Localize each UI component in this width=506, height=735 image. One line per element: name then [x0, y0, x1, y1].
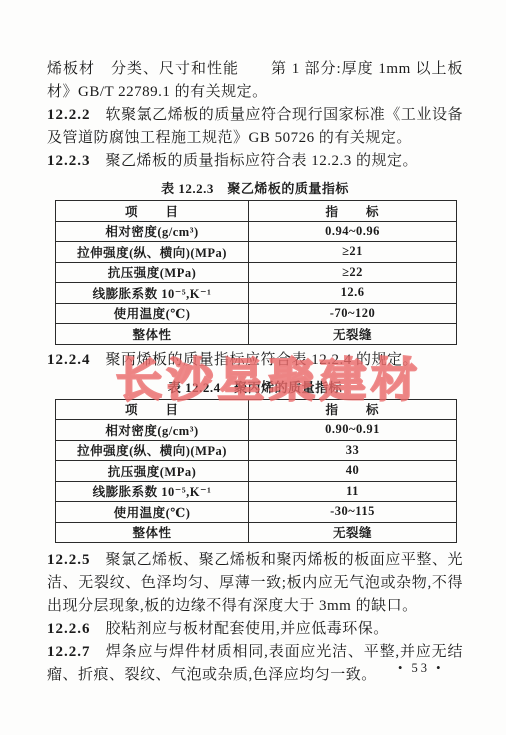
section-12-2-5: 12.2.5聚氯乙烯板、聚乙烯板和聚丙烯板的板面应平整、光洁、无裂纹、色泽均匀、…: [47, 549, 463, 618]
paragraph-text: 烯板材 分类、尺寸和性能 第 1 部分:厚度 1mm 以上板材》GB/T 227…: [47, 61, 463, 100]
value-cell: 无裂缝: [249, 522, 457, 543]
section-number: 12.2.5: [47, 552, 91, 568]
table-row: 抗压强度(MPa) ≥22: [56, 262, 457, 283]
value-cell: -30~115: [249, 502, 457, 523]
column-header-item: 项 目: [56, 201, 249, 222]
section-text: 聚乙烯板的质量指标应符合表 12.2.3 的规定。: [106, 153, 419, 169]
section-12-2-2: 12.2.2软聚氯乙烯板的质量应符合现行国家标准《工业设备及管道防腐蚀工程施工规…: [47, 104, 463, 150]
table-row: 拉伸强度(纵、横向)(MPa) ≥21: [56, 242, 457, 263]
table-row: 相对密度(g/cm³) 0.90~0.91: [56, 420, 457, 441]
item-cell: 线膨胀系数 10⁻⁵,K⁻¹: [56, 481, 249, 502]
section-number: 12.2.7: [47, 644, 91, 660]
section-12-2-6: 12.2.6胶粘剂应与板材配套使用,并应低毒环保。: [47, 618, 463, 641]
value-cell: 0.94~0.96: [249, 221, 457, 242]
value-cell: 12.6: [249, 283, 457, 304]
table-row: 相对密度(g/cm³) 0.94~0.96: [56, 221, 457, 242]
column-header-item: 项 目: [56, 399, 249, 420]
item-cell: 线膨胀系数 10⁻⁵,K⁻¹: [56, 283, 249, 304]
table-12-2-3: 项 目 指 标 相对密度(g/cm³) 0.94~0.96 拉伸强度(纵、横向)…: [55, 200, 457, 345]
item-cell: 使用温度(℃): [56, 303, 249, 324]
value-cell: ≥22: [249, 262, 457, 283]
section-number: 12.2.6: [47, 621, 91, 637]
section-text: 胶粘剂应与板材配套使用,并应低毒环保。: [106, 621, 389, 637]
table-row: 线膨胀系数 10⁻⁵,K⁻¹ 11: [56, 481, 457, 502]
table-header-row: 项 目 指 标: [56, 201, 457, 222]
table-12-2-4: 项 目 指 标 相对密度(g/cm³) 0.90~0.91 拉伸强度(纵、横向)…: [55, 399, 457, 544]
page-content: 烯板材 分类、尺寸和性能 第 1 部分:厚度 1mm 以上板材》GB/T 227…: [47, 58, 463, 687]
table-row: 整体性 无裂缝: [56, 324, 457, 345]
table-row: 抗压强度(MPa) 40: [56, 461, 457, 482]
section-number: 12.2.4: [47, 352, 91, 368]
document-page: 长沙星聚建材 烯板材 分类、尺寸和性能 第 1 部分:厚度 1mm 以上板材》G…: [0, 0, 506, 735]
table-row: 拉伸强度(纵、横向)(MPa) 33: [56, 440, 457, 461]
value-cell: 40: [249, 461, 457, 482]
item-cell: 相对密度(g/cm³): [56, 420, 249, 441]
page-number: • 53 •: [398, 661, 444, 676]
section-12-2-4: 12.2.4聚丙烯板的质量指标应符合表 12.2.4 的规定。: [47, 349, 463, 372]
table-header-row: 项 目 指 标: [56, 399, 457, 420]
table-caption-12-2-4: 表 12.2.4 聚丙烯的质量指标: [47, 377, 463, 396]
table-caption-12-2-3: 表 12.2.3 聚乙烯板的质量指标: [47, 178, 463, 197]
item-cell: 整体性: [56, 522, 249, 543]
value-cell: 11: [249, 481, 457, 502]
value-cell: 33: [249, 440, 457, 461]
item-cell: 拉伸强度(纵、横向)(MPa): [56, 440, 249, 461]
value-cell: ≥21: [249, 242, 457, 263]
item-cell: 抗压强度(MPa): [56, 262, 249, 283]
table-row: 整体性 无裂缝: [56, 522, 457, 543]
section-text: 聚丙烯板的质量指标应符合表 12.2.4 的规定。: [106, 352, 419, 368]
section-text: 聚氯乙烯板、聚乙烯板和聚丙烯板的板面应平整、光洁、无裂纹、色泽均匀、厚薄一致;板…: [47, 552, 463, 614]
paragraph-continuation: 烯板材 分类、尺寸和性能 第 1 部分:厚度 1mm 以上板材》GB/T 227…: [47, 58, 463, 104]
section-text: 软聚氯乙烯板的质量应符合现行国家标准《工业设备及管道防腐蚀工程施工规范》GB 5…: [47, 107, 463, 146]
column-header-value: 指 标: [249, 399, 457, 420]
table-row: 线膨胀系数 10⁻⁵,K⁻¹ 12.6: [56, 283, 457, 304]
item-cell: 拉伸强度(纵、横向)(MPa): [56, 242, 249, 263]
item-cell: 抗压强度(MPa): [56, 461, 249, 482]
section-number: 12.2.3: [47, 153, 91, 169]
item-cell: 使用温度(℃): [56, 502, 249, 523]
section-number: 12.2.2: [47, 107, 91, 123]
value-cell: -70~120: [249, 303, 457, 324]
item-cell: 相对密度(g/cm³): [56, 221, 249, 242]
item-cell: 整体性: [56, 324, 249, 345]
value-cell: 无裂缝: [249, 324, 457, 345]
table-row: 使用温度(℃) -70~120: [56, 303, 457, 324]
section-12-2-3: 12.2.3聚乙烯板的质量指标应符合表 12.2.3 的规定。: [47, 150, 463, 173]
column-header-value: 指 标: [249, 201, 457, 222]
value-cell: 0.90~0.91: [249, 420, 457, 441]
table-row: 使用温度(℃) -30~115: [56, 502, 457, 523]
